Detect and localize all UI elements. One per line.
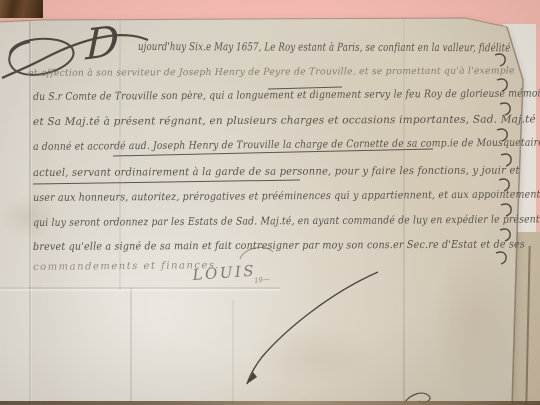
table-shadow-bottom-edge (0, 401, 540, 405)
initial-capital: D (85, 20, 119, 67)
manuscript-photo: D ujourd'huy Six.e May 1657, Le Roy esta… (0, 0, 540, 405)
manuscript-line: ujourd'huy Six.e May 1657, Le Roy estant… (138, 40, 511, 54)
manuscript-line: actuel, servant ordinairement à la garde… (33, 164, 520, 179)
